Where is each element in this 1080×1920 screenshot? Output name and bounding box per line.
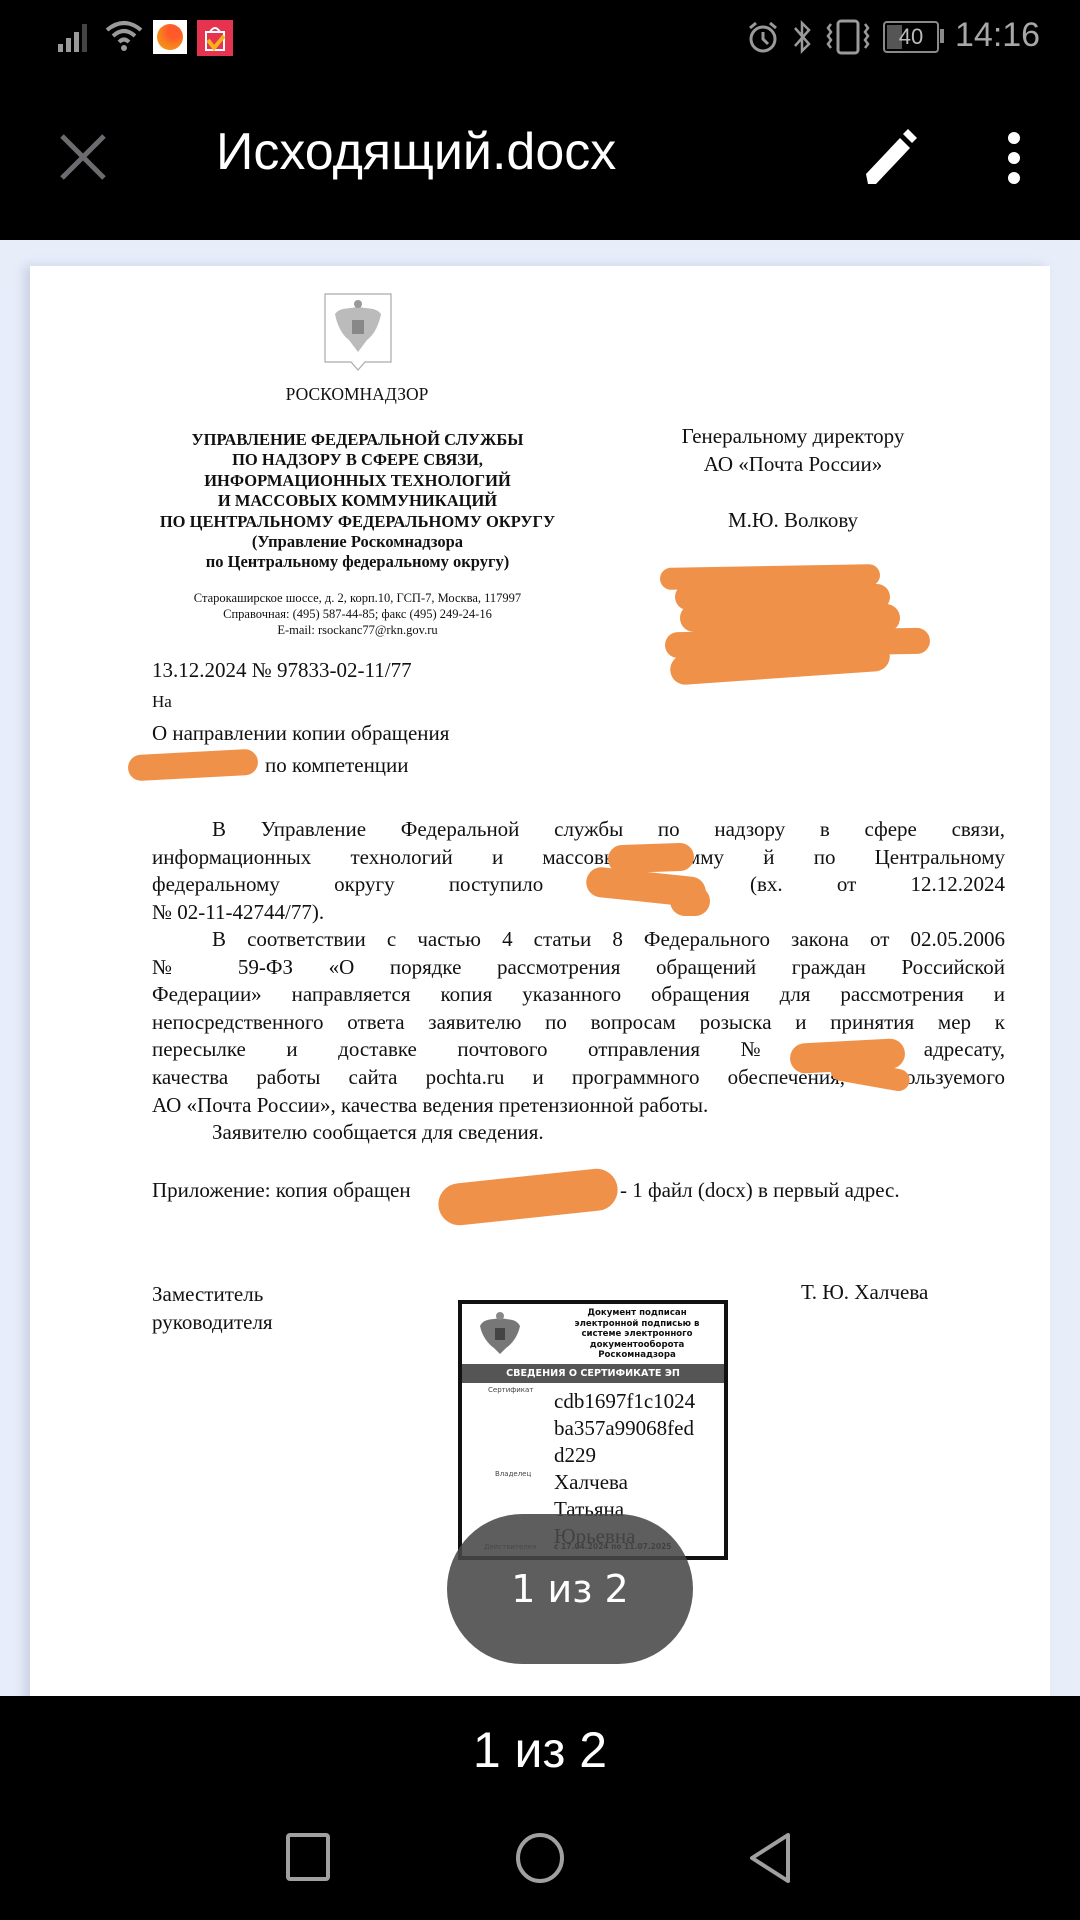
attachment-suffix: - 1 файл (docx) в первый адрес. [620,1178,900,1203]
wifi-icon [104,18,144,52]
stamp-emblem-icon [478,1310,522,1356]
org-line: ПО НАДЗОРУ В СФЕРЕ СВЯЗИ, [120,450,595,470]
status-bar: 40 14:16 [0,0,1080,75]
org-line: (Управление Роскомнадзора [120,532,595,552]
stamp-header: Документ подписан электронной подписью в… [562,1308,712,1361]
more-vertical-icon[interactable] [1000,130,1028,186]
document-page[interactable]: РОСКОМНАДЗОР УПРАВЛЕНИЕ ФЕДЕРАЛЬНОЙ СЛУЖ… [30,266,1050,1696]
cert-value: cdb1697f1c1024 ba357a99068fed d229 [554,1388,695,1469]
stamp-band: СВЕДЕНИЯ О СЕРТИФИКАТЕ ЭП [462,1364,724,1383]
sender-address: Старокаширское шоссе, д. 2, корп.10, ГСП… [120,590,595,638]
recipient-block: Генеральному директору АО «Почта России»… [643,422,943,534]
signal-icon [58,20,92,52]
address-line: E-mail: rsockanc77@rkn.gov.ru [120,622,595,638]
text-line: В Управление Федеральной службы по надзо… [152,816,1005,844]
redaction-mark [127,749,258,782]
battery-level: 40 [885,23,937,51]
registration-number: 13.12.2024 № 97833-02-11/77 [152,658,412,683]
org-line: ИНФОРМАЦИОННЫХ ТЕХНОЛОГИЙ [120,471,595,491]
paragraph-1: В Управление Федеральной службы по надзо… [152,816,1005,926]
back-triangle-icon[interactable] [748,1832,792,1884]
address-line: Справочная: (495) 587-44-85; факс (495) … [120,606,595,622]
redaction-mark [660,566,915,686]
bluetooth-icon [791,18,813,56]
signer-title-line: Заместитель [152,1280,273,1308]
subject-line: по компетенции [265,753,409,778]
text-line: В соответствии с частью 4 статьи 8 Федер… [152,926,1005,954]
notification-app-orange-icon [153,20,187,54]
vibrate-icon [825,18,871,56]
pencil-icon[interactable] [858,128,918,188]
text-line: Заявителю сообщается для сведения. [152,1119,1005,1147]
signer-name: Т. Ю. Халчева [801,1280,928,1305]
text-line: № 02-11-42744/77). [152,899,1005,927]
close-icon[interactable] [58,132,108,182]
document-viewer[interactable]: РОСКОМНАДЗОР УПРАВЛЕНИЕ ФЕДЕРАЛЬНОЙ СЛУЖ… [0,240,1080,1696]
document-title: Исходящий.docx [216,122,616,182]
recipient-position: Генеральному директору [643,422,943,450]
text-line: непосредственного ответа заявителю по во… [152,1009,1005,1037]
org-line: ПО ЦЕНТРАЛЬНОМУ ФЕДЕРАЛЬНОМУ ОКРУГУ [120,512,595,532]
stamp-header-line: документооборота [562,1340,712,1351]
paragraph-2: В соответствии с частью 4 статьи 8 Федер… [152,926,1005,1147]
reply-to-label: На [152,692,172,712]
text-line: № 59-ФЗ «О порядке рассмотрения обращени… [152,954,1005,982]
org-line: УПРАВЛЕНИЕ ФЕДЕРАЛЬНОЙ СЛУЖБЫ [120,430,595,450]
stamp-header-line: Роскомнадзора [562,1350,712,1361]
cert-line: ba357a99068fed [554,1415,695,1442]
text-line: АО «Почта России», качества ведения прет… [152,1092,1005,1120]
owner-line: Халчева [554,1469,635,1496]
text-line: информационных технологий и массовых ком… [152,844,1005,872]
home-circle-icon[interactable] [514,1832,566,1884]
page-counter-pill: 1 из 2 [447,1514,693,1664]
sender-organization: УПРАВЛЕНИЕ ФЕДЕРАЛЬНОЙ СЛУЖБЫ ПО НАДЗОРУ… [120,430,595,573]
stamp-header-line: Документ подписан [562,1308,712,1319]
address-line: Старокаширское шоссе, д. 2, корп.10, ГСП… [120,590,595,606]
coat-of-arms-icon [323,292,393,374]
cert-line: cdb1697f1c1024 [554,1388,695,1415]
org-line: И МАССОВЫХ КОММУНИКАЦИЙ [120,491,595,511]
text-line: федеральному округу поступило обращение … [152,871,1005,899]
shopping-app-icon [197,20,233,56]
recipient-company: АО «Почта России» [643,450,943,478]
page-indicator: 1 из 2 [0,1720,1080,1780]
subject-line: О направлении копии обращения [152,721,449,746]
cert-label: Сертификат [488,1386,533,1394]
org-line: по Центральному федеральному округу) [120,552,595,572]
owner-label: Владелец [495,1470,531,1478]
stamp-header-line: электронной подписью в [562,1319,712,1330]
stamp-header-line: системе электронного [562,1329,712,1340]
recents-square-icon[interactable] [285,1832,331,1882]
signer-title-line: руководителя [152,1308,273,1336]
redaction-mark [436,1167,619,1228]
agency-short-name: РОСКОМНАДЗОР [207,384,507,405]
signer-title: Заместитель руководителя [152,1280,273,1336]
alarm-icon [747,20,779,54]
cert-line: d229 [554,1442,695,1469]
battery-icon: 40 [883,21,939,53]
battery-tip [940,29,944,43]
text-line: Федерации» направляется копия указанного… [152,981,1005,1009]
clock: 14:16 [955,16,1040,55]
recipient-name: М.Ю. Волкову [643,506,943,534]
attachment-prefix: Приложение: копия обращен [152,1178,411,1203]
redaction-mark [670,886,710,916]
